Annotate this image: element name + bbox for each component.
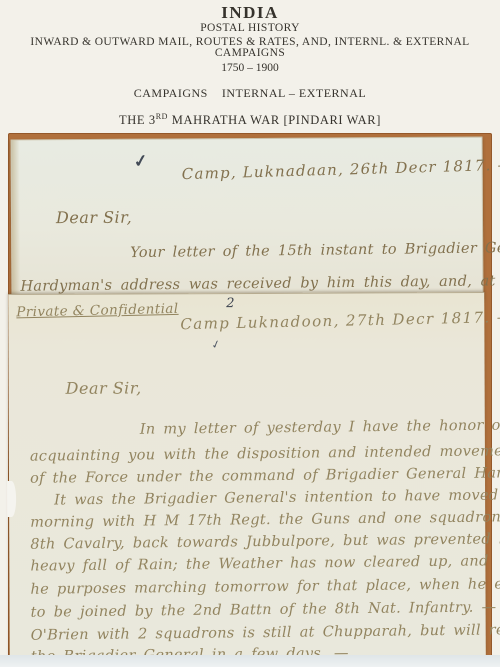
header-section-campaigns: CAMPAIGNS INTERNAL – EXTERNAL	[0, 86, 500, 101]
letter2-body-line: O'Brien with 2 squadrons is still at Chu…	[31, 622, 500, 644]
war-title-ordinal: RD	[156, 112, 168, 121]
exhibit-page: INDIA POSTAL HISTORY INWARD & OUTWARD MA…	[0, 0, 500, 667]
header-postal-history: POSTAL HISTORY	[0, 23, 500, 35]
letter1-body-line: Your letter of the 15th instant to Briga…	[130, 240, 500, 261]
letter2-body-line: he purposes marching tomorrow for that p…	[30, 576, 500, 598]
letter2-body-line: of the Force under the command of Brigad…	[30, 465, 500, 487]
letter1-dateline: Camp, Luknadaan, 26th Decr 1817. —	[182, 156, 500, 184]
letter2-body-line: to be joined by the 2nd Battn of the 8th…	[31, 599, 500, 621]
war-title-rest: MAHRATHA WAR [PINDARI WAR]	[168, 113, 381, 127]
letter2-body-line: 8th Cavalry, back towards Jubbulpore, bu…	[30, 531, 500, 553]
letter2-body-line: It was the Brigadier General's intention…	[54, 487, 500, 508]
letter-scan-26-dec: ✓ Camp, Luknadaan, 26th Decr 1817. — Dea…	[11, 137, 484, 301]
letter1-salutation: Dear Sir,	[56, 208, 132, 227]
header-date-range: 1750 – 1900	[0, 62, 500, 74]
letter2-privacy-note: Private & Confidential	[16, 301, 179, 321]
letter2-body-line: heavy fall of Rain; the Weather has now …	[30, 553, 488, 574]
letter2-body-line: acquainting you with the disposition and…	[30, 443, 500, 465]
pencil-checkmark-icon: ✓	[132, 151, 149, 173]
album-mat: ✓ Camp, Luknadaan, 26th Decr 1817. — Dea…	[8, 133, 492, 657]
page-title: INDIA	[0, 4, 500, 21]
war-title-prefix: THE 3	[119, 113, 156, 127]
header-collection-scope: INWARD & OUTWARD MAIL, ROUTES & RATES, A…	[0, 37, 500, 60]
pencil-mark-icon: ✓	[210, 337, 222, 352]
letter2-body-line: In my letter of yesterday I have the hon…	[140, 418, 500, 438]
header-war-title: THE 3RD MAHRATHA WAR [PINDARI WAR]	[0, 112, 500, 128]
letter2-body-line: morning with H M 17th Regt. the Guns and…	[30, 509, 500, 531]
letter2-salutation: Dear Sir,	[66, 378, 142, 397]
letter2-page-number: 2	[226, 296, 234, 311]
scan-edge-strip	[0, 655, 500, 667]
letter-scan-27-dec: Private & Confidential 2 Camp Luknadoon,…	[8, 292, 486, 658]
letter2-dateline: Camp Luknadoon, 27th Decr 1817. —	[180, 308, 500, 333]
